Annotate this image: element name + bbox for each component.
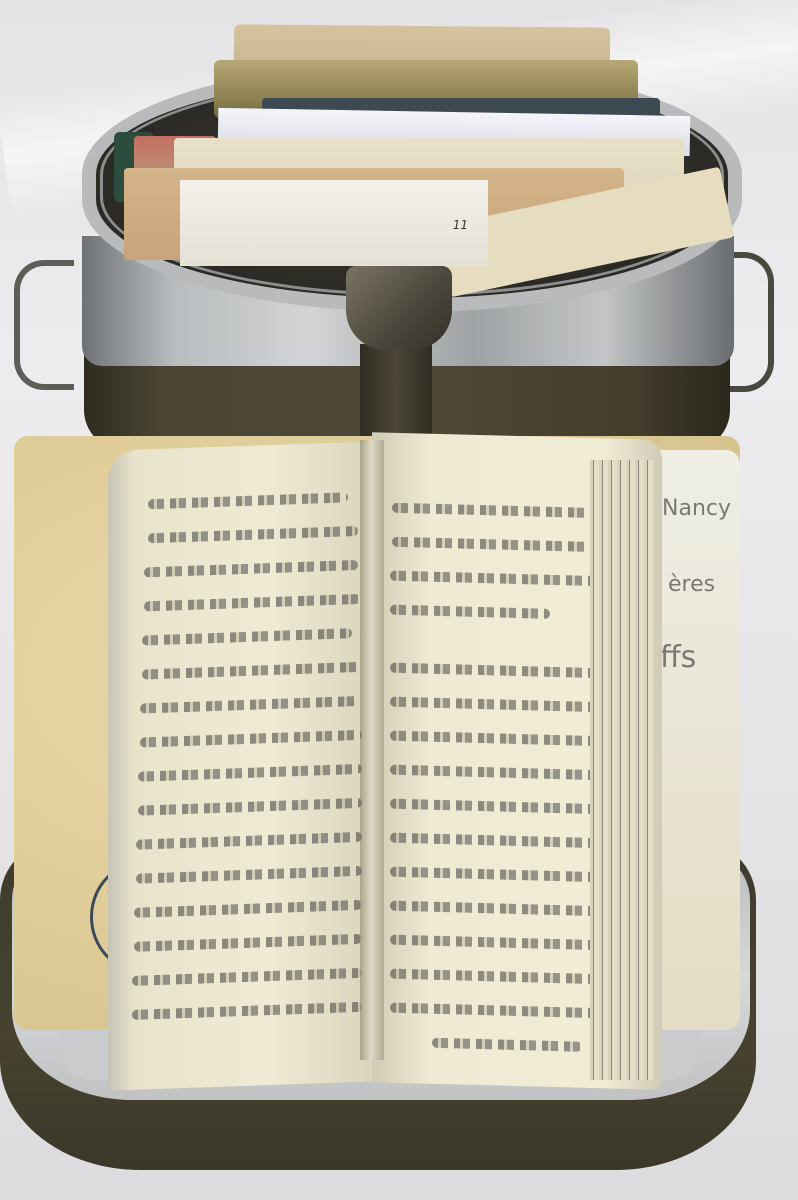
diary-page-edges [590, 460, 654, 1080]
card-text-fragment: ffs [660, 640, 696, 675]
label-card-number: 11 [453, 218, 468, 232]
clasp-strap [360, 344, 432, 436]
card-text-fragment: Nancy [662, 496, 731, 521]
card-text-fragment: ères [668, 572, 715, 597]
label-card: 11 [180, 180, 488, 266]
diary-spine [360, 440, 384, 1060]
clasp-hinge [346, 266, 452, 350]
mess-tin-clasp [346, 266, 452, 436]
pot-handle-left [14, 260, 74, 390]
diary-left-page [108, 441, 378, 1090]
